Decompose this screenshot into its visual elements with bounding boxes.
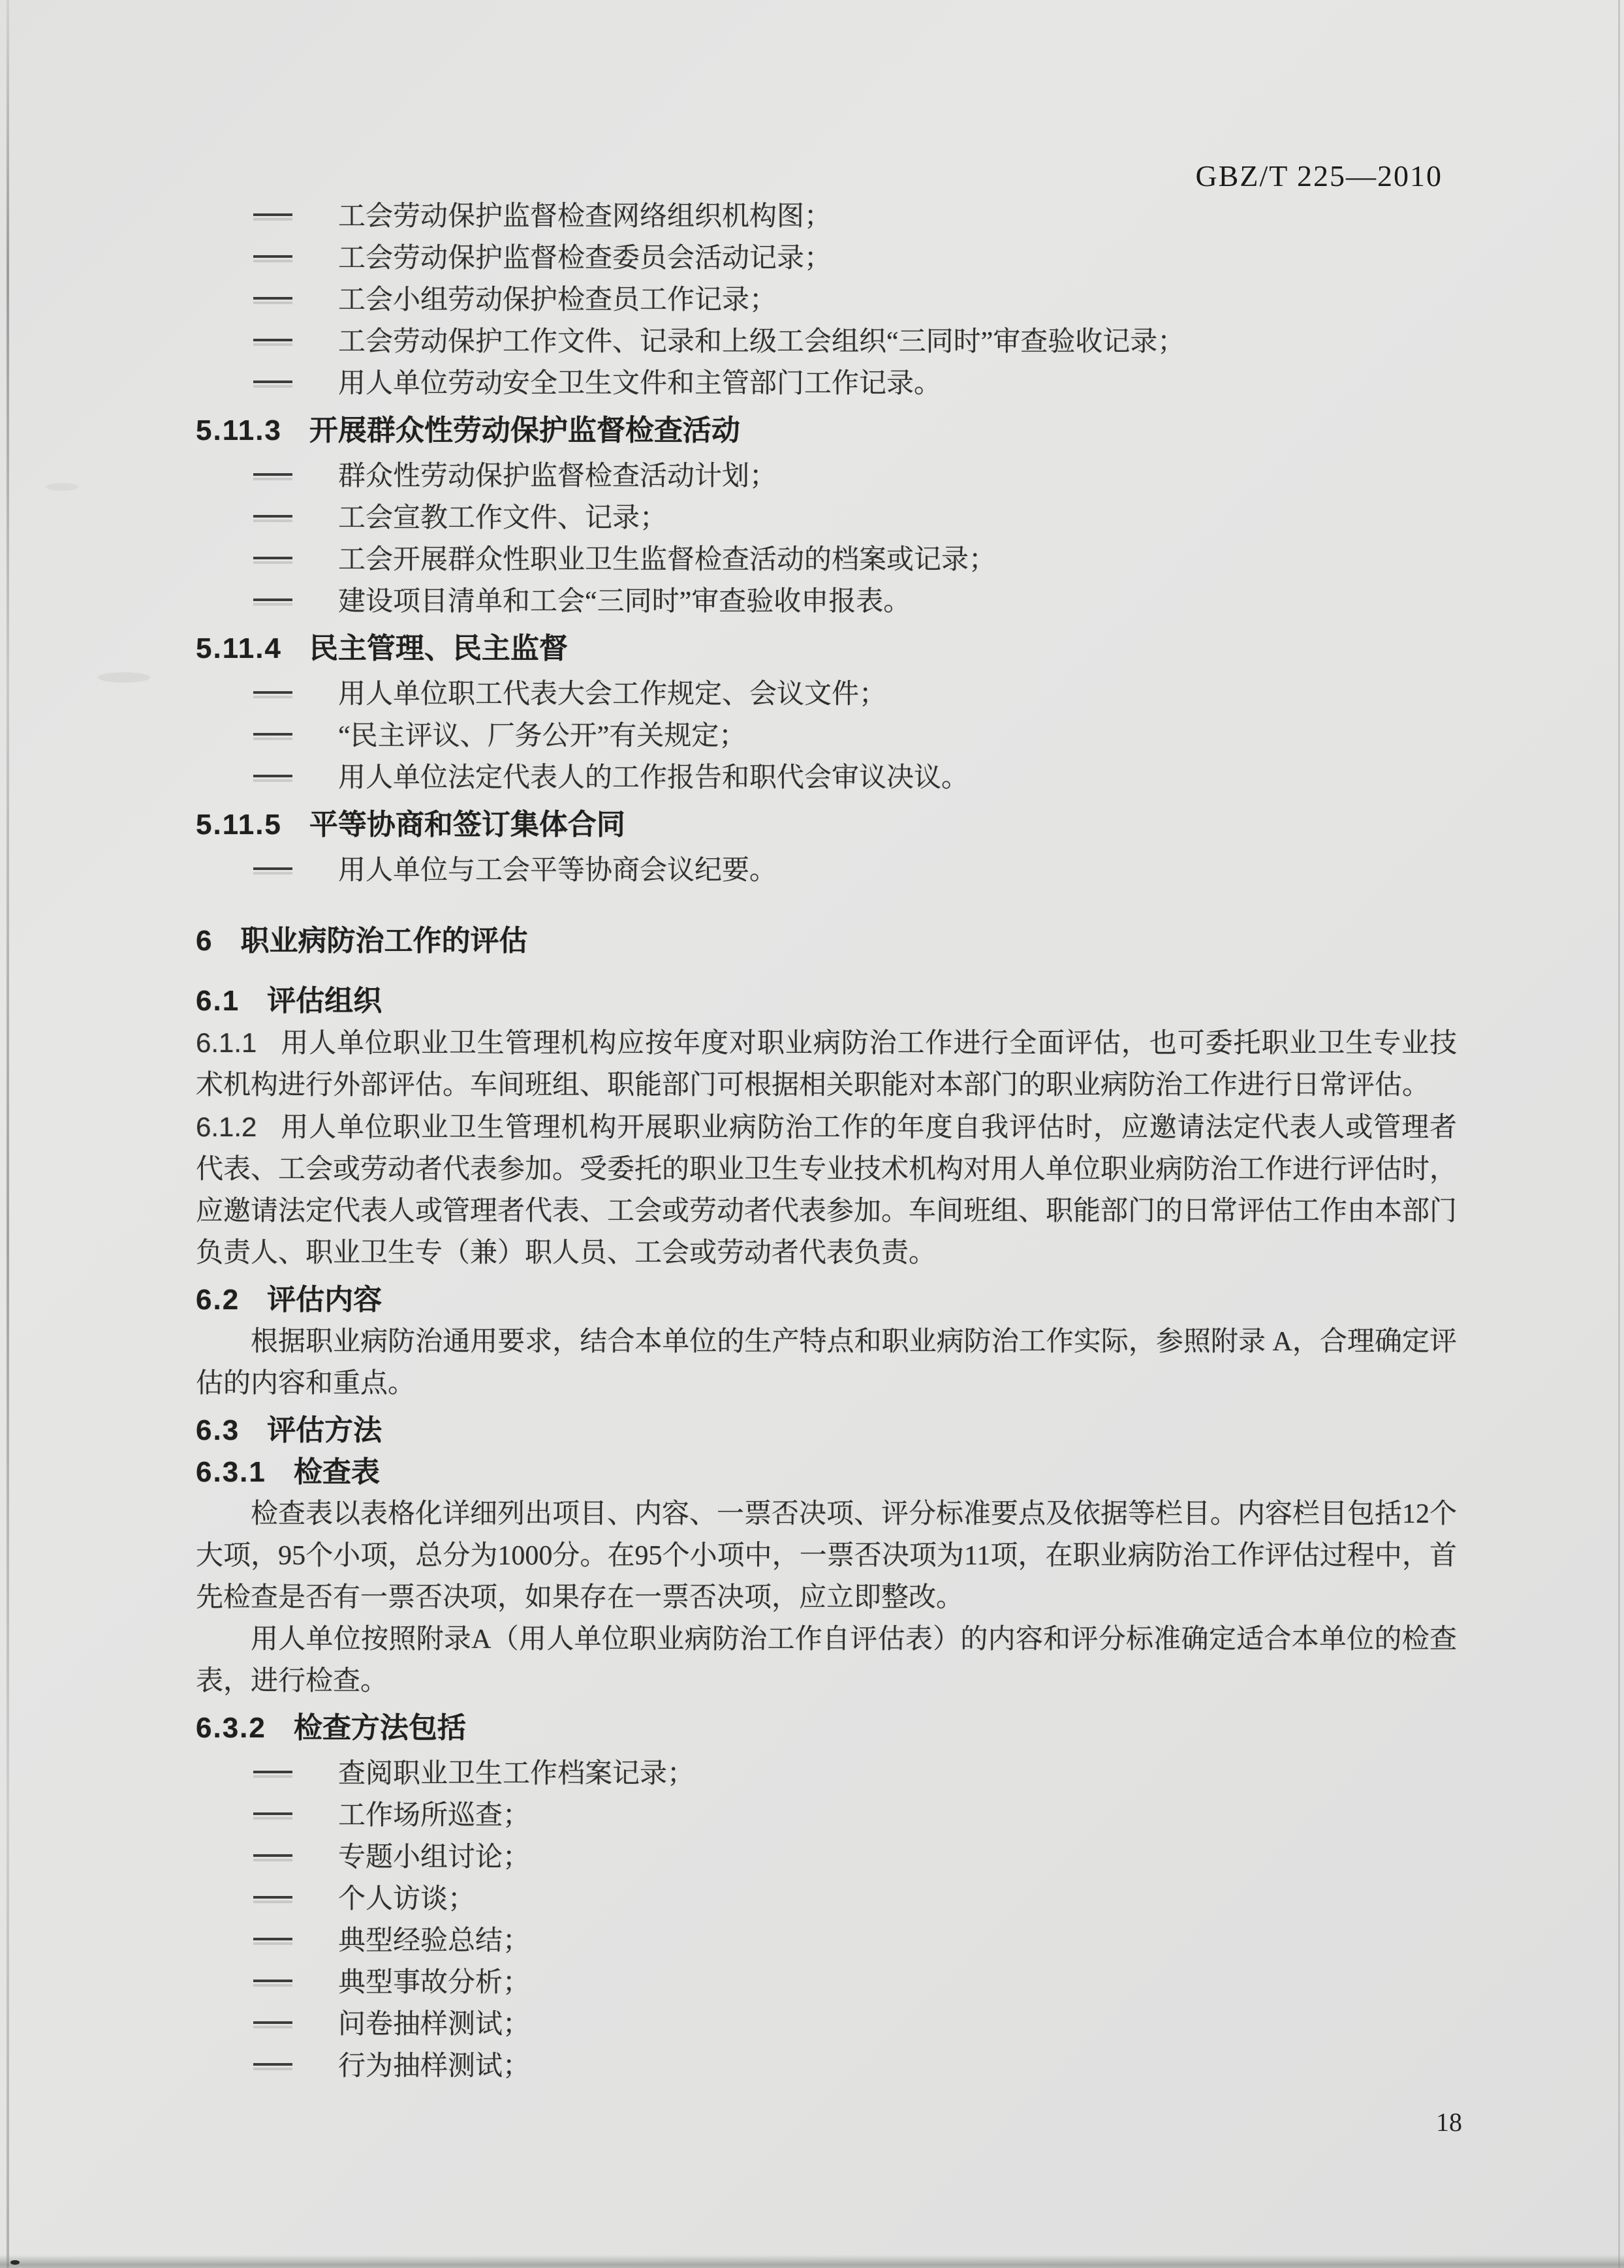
em-dash-icon (253, 381, 292, 383)
section-number: 6 (196, 925, 213, 957)
em-dash-icon (253, 867, 292, 870)
section-title: 开展群众性劳动保护监督检查活动 (309, 414, 740, 446)
list-item-text: 用人单位与工会平等协商会议纪要。 (338, 856, 777, 886)
list-item: 工会宣教工作文件、记录； (196, 497, 1457, 539)
list-item: 用人单位劳动安全卫生文件和主管部门工作记录。 (196, 363, 1457, 405)
list-item: 用人单位法定代表人的工作报告和职代会审议决议。 (196, 757, 1457, 799)
list-item: 工会劳动保护工作文件、记录和上级工会组织“三同时”审查验收记录； (196, 321, 1457, 363)
em-dash-icon (253, 1938, 292, 1940)
section-number: 5.11.3 (196, 414, 282, 446)
paragraph-number: 6.1.2 (196, 1111, 257, 1142)
paragraph-number: 6.1.1 (196, 1027, 257, 1058)
em-dash-icon (253, 473, 292, 476)
section-heading: 6职业病防治工作的评估 (196, 920, 1457, 962)
dash-list: 工会劳动保护监督检查网络组织机构图；工会劳动保护监督检查委员会活动记录；工会小组… (196, 196, 1457, 405)
section-title: 职业病防治工作的评估 (240, 925, 527, 957)
em-dash-icon (253, 213, 292, 216)
paragraph: 用人单位按照附录A（用人单位职业病防治工作自评估表）的内容和评分标准确定适合本单… (196, 1619, 1457, 1702)
section-title: 评估组织 (267, 985, 382, 1017)
em-dash-icon (253, 1771, 292, 1773)
list-item: 建设项目清单和工会“三同时”审查验收申报表。 (196, 581, 1457, 623)
list-item-text: 工会劳动保护工作文件、记录和上级工会组织“三同时”审查验收记录； (338, 327, 1185, 357)
list-item: 查阅职业卫生工作档案记录； (196, 1753, 1457, 1795)
list-item-text: 工会劳动保护监督检查网络组织机构图； (338, 202, 832, 232)
em-dash-icon (253, 557, 292, 559)
section-number: 5.11.4 (196, 632, 282, 664)
list-item: “民主评议、厂务公开”有关规定； (196, 715, 1457, 757)
list-item-text: 工会开展群众性职业卫生监督检查活动的档案或记录； (338, 545, 996, 575)
list-item-text: 行为抽样测试； (338, 2051, 530, 2081)
section-heading: 6.1评估组织 (196, 980, 1457, 1022)
list-item-text: 工会劳动保护监督检查委员会活动记录； (338, 243, 832, 273)
section-number: 6.1 (196, 985, 240, 1017)
section-number: 6.3 (196, 1414, 240, 1446)
scanned-document-page: GBZ/T 225—2010 工会劳动保护监督检查网络组织机构图；工会劳动保护监… (0, 0, 1624, 2268)
em-dash-icon (253, 691, 292, 694)
section-heading: 6.3评估方法 (196, 1410, 1457, 1452)
em-dash-icon (253, 1980, 292, 1982)
list-item-text: 用人单位劳动安全卫生文件和主管部门工作记录。 (338, 369, 941, 399)
list-item-text: 典型经验总结； (338, 1926, 530, 1956)
list-item-text: 查阅职业卫生工作档案记录； (338, 1759, 695, 1789)
page-number: 18 (1436, 2107, 1462, 2137)
em-dash-icon (253, 598, 292, 601)
list-item: 工会小组劳动保护检查员工作记录； (196, 279, 1457, 321)
section-number: 6.3.1 (196, 1456, 266, 1488)
paragraph: 检查表以表格化详细列出项目、内容、一票否决项、评分标准要点及依据等栏目。内容栏目… (196, 1493, 1457, 1619)
em-dash-icon (253, 339, 292, 341)
list-item: 个人访谈； (196, 1878, 1457, 1920)
section-heading: 5.11.4民主管理、民主监督 (196, 628, 1457, 670)
section-heading: 6.3.1检查表 (196, 1452, 1457, 1493)
scan-smudge (46, 483, 78, 491)
scan-right-edge-artifact (1618, 0, 1620, 2268)
list-item: 工作场所巡查； (196, 1795, 1457, 1837)
section-title: 检查表 (294, 1456, 380, 1488)
section-number: 6.2 (196, 1284, 240, 1316)
list-item-text: 工会小组劳动保护检查员工作记录； (338, 285, 777, 315)
section-title: 评估内容 (267, 1284, 382, 1316)
list-item-text: 建设项目清单和工会“三同时”审查验收申报表。 (338, 587, 911, 617)
em-dash-icon (253, 1812, 292, 1815)
list-item: 工会劳动保护监督检查网络组织机构图； (196, 196, 1457, 238)
em-dash-icon (253, 297, 292, 300)
section-title: 检查方法包括 (294, 1712, 466, 1744)
list-item: 工会开展群众性职业卫生监督检查活动的档案或记录； (196, 539, 1457, 581)
section-heading: 6.2评估内容 (196, 1279, 1457, 1321)
section-title: 评估方法 (267, 1414, 382, 1446)
scan-ink-blob (10, 2260, 20, 2265)
em-dash-icon (253, 515, 292, 518)
em-dash-icon (253, 1854, 292, 1857)
section-title: 民主管理、民主监督 (309, 632, 568, 664)
list-item-text: 工会宣教工作文件、记录； (338, 503, 667, 533)
em-dash-icon (253, 775, 292, 777)
section-number: 6.3.2 (196, 1712, 266, 1744)
em-dash-icon (253, 255, 292, 258)
list-item: 用人单位职工代表大会工作规定、会议文件； (196, 674, 1457, 715)
scan-smudge (98, 672, 150, 683)
dash-list: 用人单位与工会平等协商会议纪要。 (196, 850, 1457, 892)
paragraph: 根据职业病防治通用要求，结合本单位的生产特点和职业病防治工作实际，参照附录 A，… (196, 1321, 1457, 1405)
list-item-text: 用人单位法定代表人的工作报告和职代会审议决议。 (338, 763, 969, 793)
list-item-text: 个人访谈； (338, 1884, 475, 1914)
list-item: 专题小组讨论； (196, 1837, 1457, 1878)
document-content: 工会劳动保护监督检查网络组织机构图；工会劳动保护监督检查委员会活动记录；工会小组… (196, 196, 1457, 2087)
list-item: 典型事故分析； (196, 1962, 1457, 2004)
em-dash-icon (253, 733, 292, 736)
list-item: 问卷抽样测试； (196, 2004, 1457, 2045)
list-item-text: 问卷抽样测试； (338, 2010, 530, 2040)
list-item: 典型经验总结； (196, 1920, 1457, 1962)
list-item: 工会劳动保护监督检查委员会活动记录； (196, 238, 1457, 279)
dash-list: 群众性劳动保护监督检查活动计划；工会宣教工作文件、记录；工会开展群众性职业卫生监… (196, 456, 1457, 623)
list-item: 用人单位与工会平等协商会议纪要。 (196, 850, 1457, 892)
list-item-text: 工作场所巡查； (338, 1801, 530, 1831)
em-dash-icon (253, 2063, 292, 2066)
list-item-text: “民主评议、厂务公开”有关规定； (338, 721, 746, 751)
em-dash-icon (253, 2021, 292, 2024)
scan-bottom-band-artifact (0, 2255, 1624, 2268)
standard-doc-number: GBZ/T 225—2010 (1195, 157, 1443, 196)
numbered-paragraph: 6.1.2用人单位职业卫生管理机构开展职业病防治工作的年度自我评估时，应邀请法定… (196, 1106, 1457, 1274)
section-heading: 5.11.3开展群众性劳动保护监督检查活动 (196, 410, 1457, 452)
numbered-paragraph: 6.1.1用人单位职业卫生管理机构应按年度对职业病防治工作进行全面评估，也可委托… (196, 1022, 1457, 1106)
list-item-text: 专题小组讨论； (338, 1842, 530, 1872)
list-item-text: 群众性劳动保护监督检查活动计划； (338, 461, 777, 491)
list-item: 群众性劳动保护监督检查活动计划； (196, 456, 1457, 497)
list-item: 行为抽样测试； (196, 2045, 1457, 2087)
list-item-text: 用人单位职工代表大会工作规定、会议文件； (338, 679, 886, 709)
list-item-text: 典型事故分析； (338, 1968, 530, 1998)
dash-list: 查阅职业卫生工作档案记录；工作场所巡查；专题小组讨论；个人访谈；典型经验总结；典… (196, 1753, 1457, 2087)
em-dash-icon (253, 1896, 292, 1899)
dash-list: 用人单位职工代表大会工作规定、会议文件；“民主评议、厂务公开”有关规定；用人单位… (196, 674, 1457, 799)
section-number: 5.11.5 (196, 809, 282, 841)
section-heading: 6.3.2检查方法包括 (196, 1707, 1457, 1749)
section-heading: 5.11.5平等协商和签订集体合同 (196, 804, 1457, 846)
scan-left-edge-artifact (7, 0, 9, 2268)
section-title: 平等协商和签订集体合同 (309, 809, 625, 841)
